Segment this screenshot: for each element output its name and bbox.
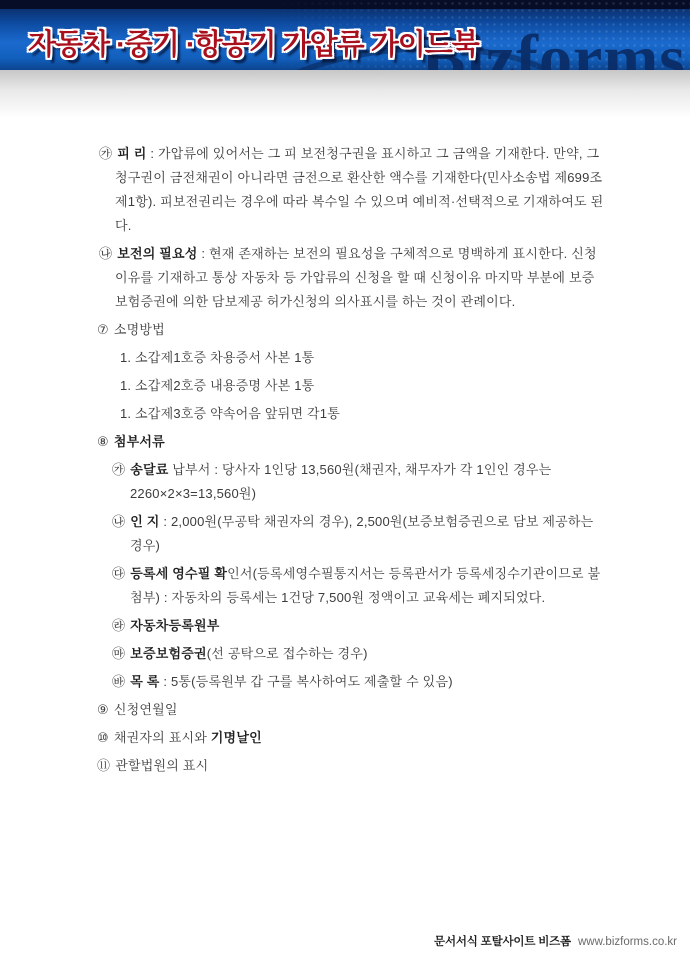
item-label: 보전의 필요성 [117,246,197,261]
section-application-date: ⑨신청연월일 [97,698,605,722]
circled-ga-marker: ㉮ [99,146,112,161]
attachment-registration-tax-receipt: ㉰등록세 영수필 확인서(등록세영수필통지서는 등록관서가 등록세징수기관이므로… [112,562,605,610]
circled-na-marker: ㉯ [112,514,125,529]
evidence-item-2: 1. 소갑제2호증 내용증명 사본 1통 [120,374,605,398]
attachment-service-fee: ㉮송달료 납부서 : 당사자 1인당 13,560원(채권자, 채무자가 각 1… [112,458,605,506]
section-verification-method: ⑦소명방법 [97,318,605,342]
footer-site-name: 문서서식 포탈사이트 비즈폼 [434,936,571,948]
item-label: 첨부서류 [114,434,165,449]
evidence-item-1: 1. 소갑제1호증 차용증서 사본 1통 [120,346,605,370]
item-text: 1. 소갑제3호증 약속어음 앞뒤면 각1통 [120,406,340,421]
attachment-vehicle-registry: ㉱자동차등록원부 [112,614,605,638]
circled-8-marker: ⑧ [97,434,109,449]
item-label: 자동차등록원부 [130,618,219,633]
footer-url: www.bizforms.co.kr [578,936,677,948]
section-competent-court: ⑪관할법원의 표시 [97,754,605,778]
attachment-revenue-stamp: ㉯인 지 : 2,000원(무공탁 채권자의 경우), 2,500원(보증보험증… [112,510,605,558]
item-text: : 가압류에 있어서는 그 피 보전청구권을 표시하고 그 금액을 기재한다. … [115,146,603,233]
item-text: : 2,000원(무공탁 채권자의 경우), 2,500원(보증보험증권으로 담… [130,514,593,553]
circled-10-marker: ⑩ [97,730,109,745]
attachment-surety-insurance-policy: ㉲보증보험증권(선 공탁으로 접수하는 경우) [112,642,605,666]
item-label: 기명날인 [211,730,262,745]
footer: 문서서식 포탈사이트 비즈폼www.bizforms.co.kr [434,933,677,949]
circled-ba-marker: ㉳ [112,674,125,689]
document-body: ㉮피 리 : 가압류에 있어서는 그 피 보전청구권을 표시하고 그 금액을 기… [0,118,690,778]
item-text: 납부서 : 당사자 1인당 13,560원(채권자, 채무자가 각 1인인 경우… [130,462,551,501]
item-text: 신청연월일 [114,702,178,717]
item-text: (선 공탁으로 접수하는 경우) [207,646,368,661]
item-label: 인 지 [130,514,159,529]
circled-9-marker: ⑨ [97,702,109,717]
header-banner: Bizforms 자동차 ·중기 ·항공기 가압류 가이드북 [0,0,690,70]
item-label: 보증보험증권 [130,646,207,661]
section-creditor-signature: ⑩채권자의 표시와 기명날인 [97,726,605,750]
item-label: 송달료 [130,462,168,477]
attachment-list-copies: ㉳목 록 : 5통(등록원부 갑 구를 복사하여도 제출할 수 있음) [112,670,605,694]
header-fade-strip [0,70,690,118]
circled-ma-marker: ㉲ [112,646,125,661]
item-text: 채권자의 표시와 [114,730,211,745]
circled-da-marker: ㉰ [112,566,125,581]
circled-ga-marker: ㉮ [112,462,125,477]
circled-na-marker: ㉯ [99,246,112,261]
section-attachments: ⑧첨부서류 [97,430,605,454]
item-text: 1. 소갑제1호증 차용증서 사본 1통 [120,350,314,365]
evidence-item-3: 1. 소갑제3호증 약속어음 앞뒤면 각1통 [120,402,605,426]
item-label: 피 리 [117,146,146,161]
item-label: 목 록 [130,674,159,689]
item-text: 소명방법 [114,322,165,337]
page-title: 자동차 ·중기 ·항공기 가압류 가이드북 [28,22,479,63]
circled-11-marker: ⑪ [97,758,110,773]
circled-ra-marker: ㉱ [112,618,125,633]
item-label: 등록세 영수필 확 [130,566,227,581]
circled-7-marker: ⑦ [97,322,109,337]
item-text: : 5통(등록원부 갑 구를 복사하여도 제출할 수 있음) [160,674,453,689]
item-necessity-of-preservation: ㉯보전의 필요성 : 현재 존재하는 보전의 필요성을 구체적으로 명백하게 표… [99,242,605,314]
item-text: 1. 소갑제2호증 내용증명 사본 1통 [120,378,314,393]
item-text: 관할법원의 표시 [115,758,208,773]
item-secured-right: ㉮피 리 : 가압류에 있어서는 그 피 보전청구권을 표시하고 그 금액을 기… [99,142,605,238]
